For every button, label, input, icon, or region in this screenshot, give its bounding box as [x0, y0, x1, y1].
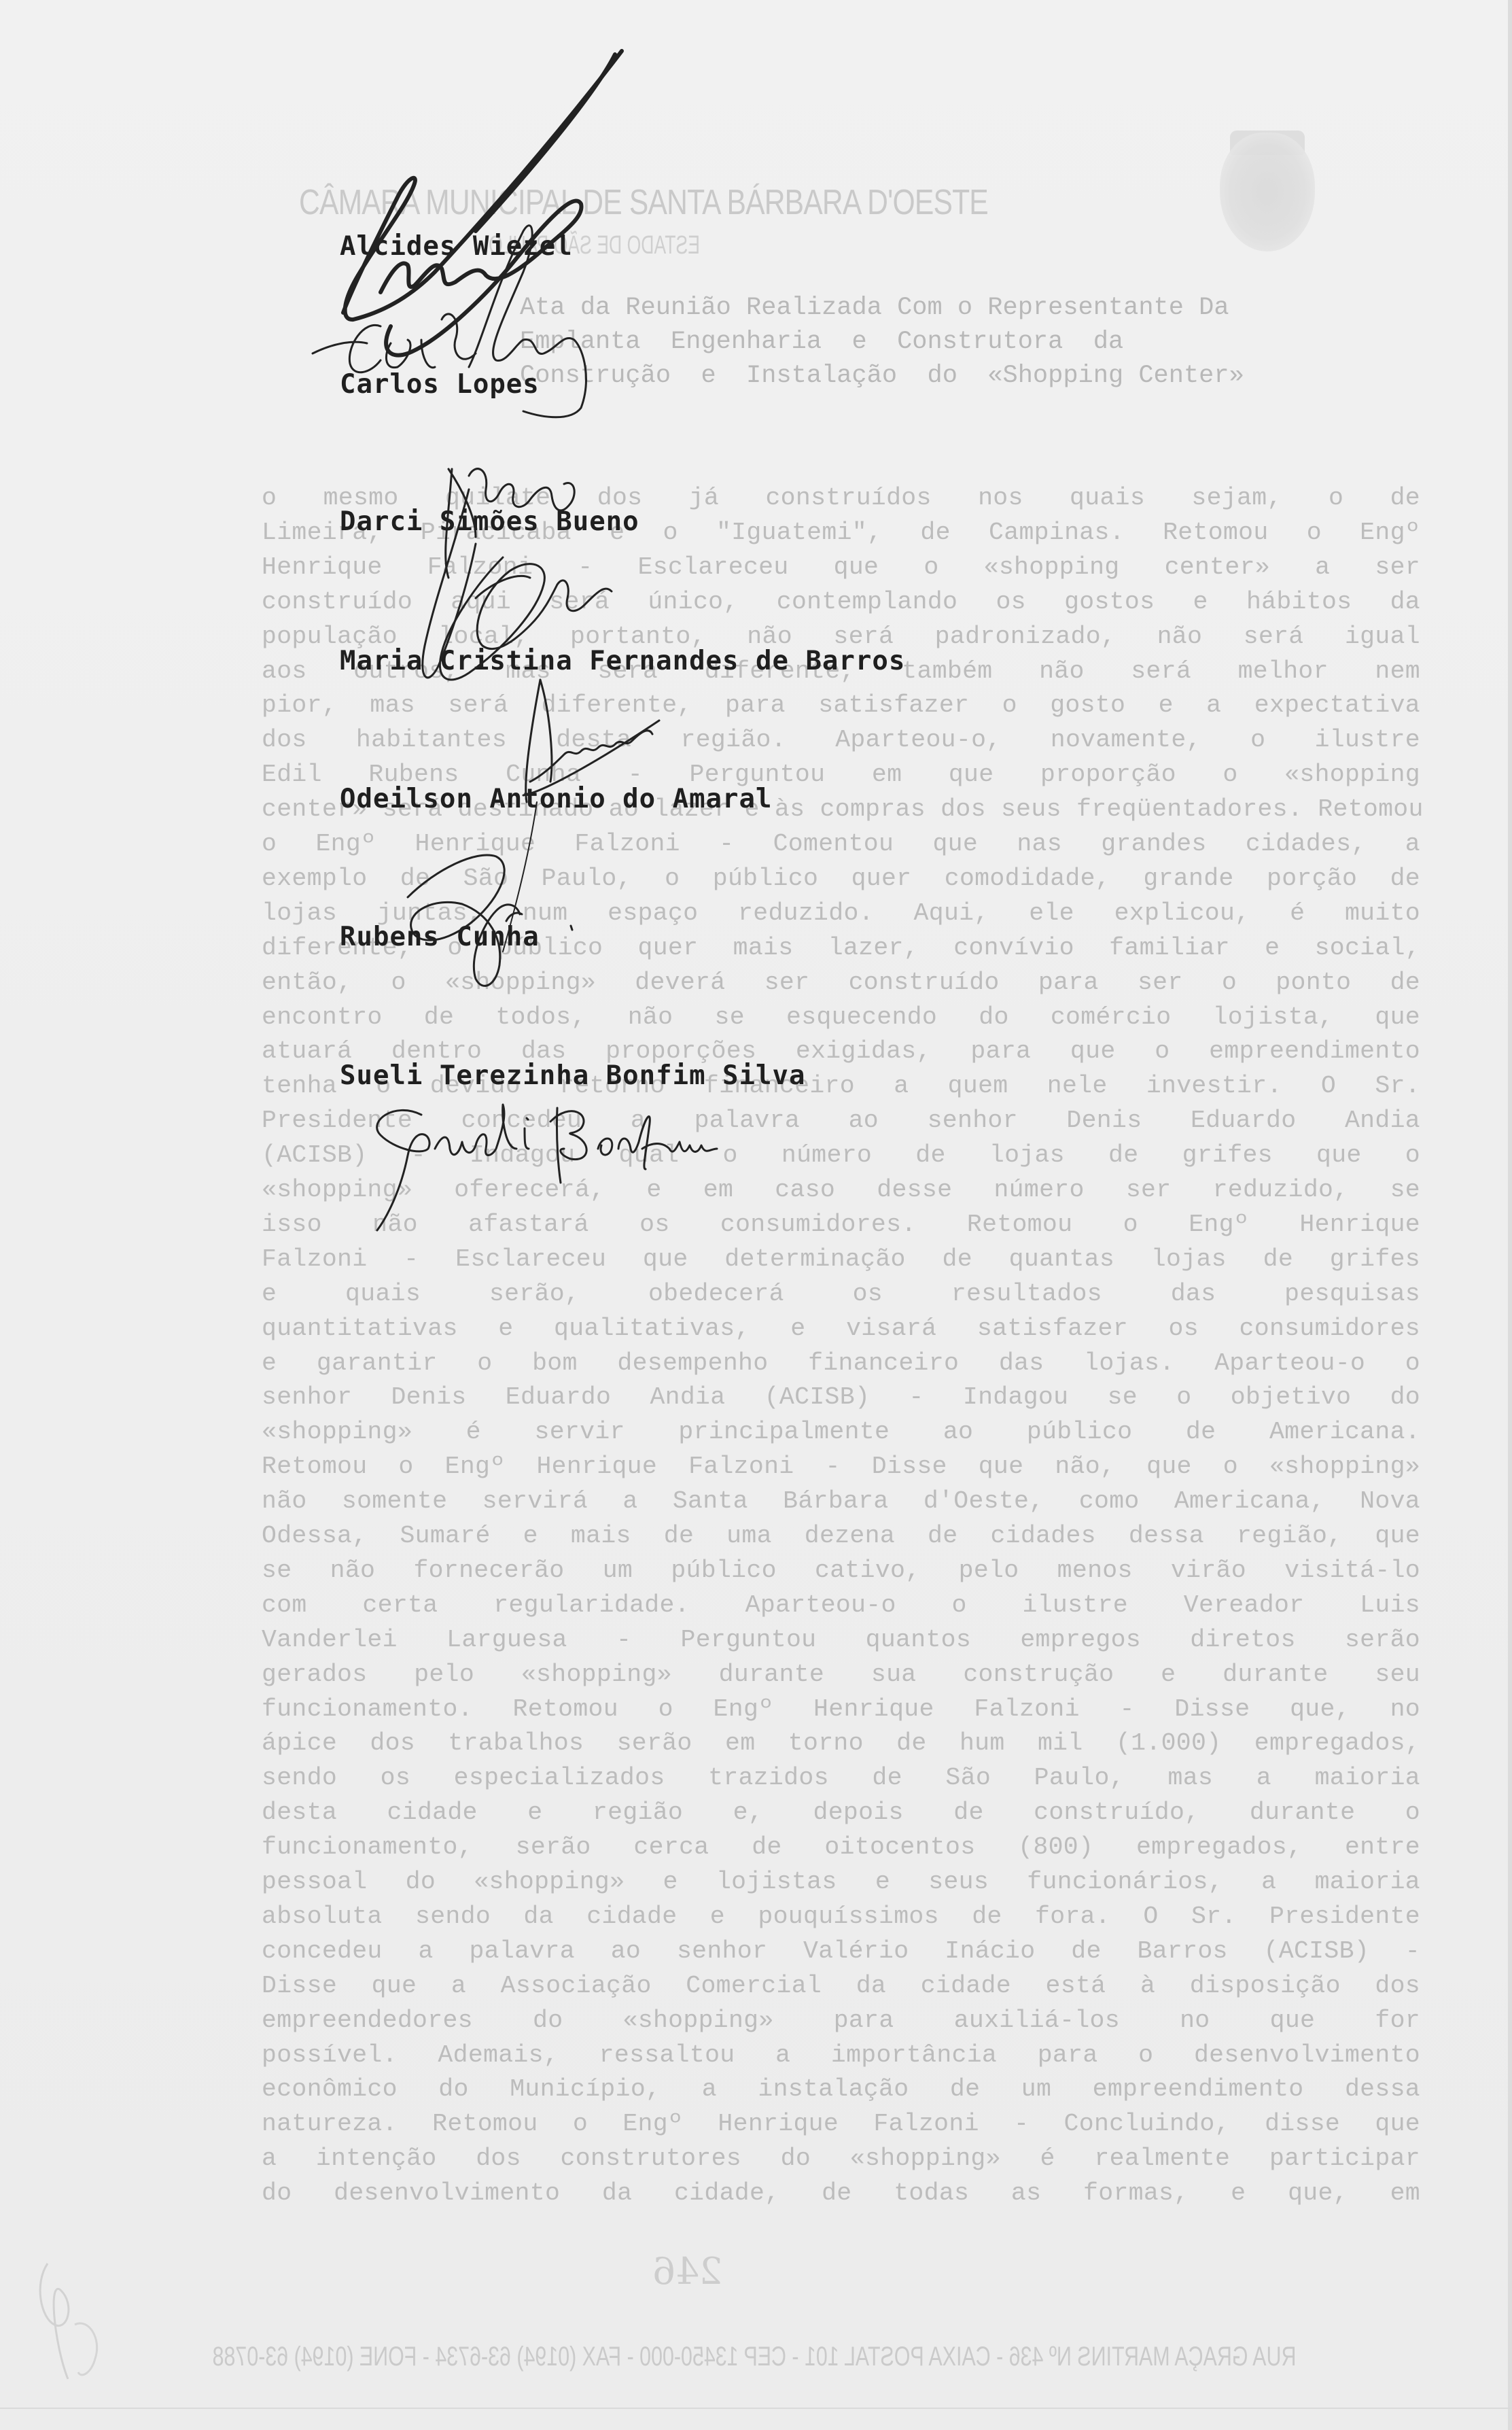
- document-heading-line: Construção e Instalação do «Shopping Cen…: [520, 362, 1244, 390]
- body-text-line: exemplo de São Paulo, o público quer com…: [262, 865, 1420, 892]
- body-text-line: Presidente concedeu a palavra ao senhor …: [262, 1107, 1420, 1134]
- signer-name: Alcides Wiezel: [340, 231, 573, 262]
- body-text-line: construído aqui será único, contemplando…: [262, 588, 1420, 616]
- letterhead-institution: CÂMARA MUNICIPAL DE SANTA BÁRBARA D'OEST…: [299, 182, 988, 223]
- body-text-line: possível. Ademais, ressaltou a importânc…: [262, 2041, 1420, 2069]
- coat-of-arms-icon: [1220, 133, 1315, 251]
- page-number: 246: [652, 2250, 722, 2293]
- signer-name: Rubens Cunha: [340, 922, 540, 952]
- body-text-line: natureza. Retomou o Engº Henrique Falzon…: [262, 2110, 1420, 2138]
- body-text-line: (ACISB) - Indagou qual o número de lojas…: [262, 1141, 1420, 1169]
- body-text-line: pessoal do «shopping» e lojistas e seus …: [262, 1868, 1420, 1896]
- body-text-line: encontro de todos, não se esquecendo do …: [262, 1003, 1420, 1031]
- margin-initials-mark: [27, 2243, 122, 2406]
- body-text-line: sendo os especializados trazidos de São …: [262, 1764, 1420, 1792]
- body-text-line: «shopping» oferecerá, e em caso desse nú…: [262, 1176, 1420, 1204]
- body-text-line: ápice dos trabalhos serão em torno de hu…: [262, 1729, 1420, 1757]
- body-text-line: Falzoni - Esclareceu que determinação de…: [262, 1245, 1420, 1273]
- body-text-line: senhor Denis Eduardo Andia (ACISB) - Ind…: [262, 1383, 1420, 1411]
- document-heading-line: Emplanta Engenharia e Construtora da: [520, 328, 1123, 356]
- signer-name: Maria Cristina Fernandes de Barros: [340, 646, 905, 676]
- body-text-line: não somente servirá a Santa Bárbara d'Oe…: [262, 1487, 1420, 1515]
- body-text-line: absoluta sendo da cidade e pouquíssimos …: [262, 1903, 1420, 1930]
- body-text-line: concedeu a palavra ao senhor Valério Iná…: [262, 1937, 1420, 1965]
- scanned-page: CÂMARA MUNICIPAL DE SANTA BÁRBARA D'OEST…: [0, 0, 1512, 2430]
- body-text-line: então, o «shopping» deverá ser construíd…: [262, 969, 1420, 996]
- body-text-line: e quais serão, obedecerá os resultados d…: [262, 1280, 1420, 1308]
- body-text-line: o Engº Henrique Falzoni - Comentou que n…: [262, 830, 1420, 858]
- body-text-line: desta cidade e região e, depois de const…: [262, 1799, 1420, 1826]
- body-text-line: econômico do Município, a instalação de …: [262, 2075, 1420, 2103]
- body-text-line: se não fornecerão um público cativo, pel…: [262, 1557, 1420, 1584]
- page-edge: [1508, 0, 1512, 2430]
- body-text-line: Henrique Falzoni - Esclareceu que o «sho…: [262, 553, 1420, 581]
- signer-name: Sueli Terezinha Bonfim Silva: [340, 1060, 805, 1091]
- body-text-line: a intenção dos construtores do «shopping…: [262, 2145, 1420, 2172]
- body-text-line: com certa regularidade. Aparteou-o o ilu…: [262, 1591, 1420, 1619]
- signer-name: Darci Simões Bueno: [340, 506, 639, 537]
- body-text-line: Retomou o Engº Henrique Falzoni - Disse …: [262, 1453, 1420, 1480]
- signer-name: Carlos Lopes: [340, 369, 540, 400]
- body-text-line: e garantir o bom desempenho financeiro d…: [262, 1349, 1420, 1377]
- page-fold-line: [0, 2408, 1512, 2409]
- body-text-line: empreendedores do «shopping» para auxili…: [262, 2007, 1420, 2034]
- body-text-line: do desenvolvimento da cidade, de todas a…: [262, 2179, 1420, 2207]
- body-text-line: funcionamento, serão cerca de oitocentos…: [262, 1833, 1420, 1861]
- body-text-line: Vanderlei Larguesa - Perguntou quantos e…: [262, 1626, 1420, 1654]
- body-text-line: dos habitantes desta região. Aparteou-o,…: [262, 726, 1420, 754]
- letterhead-footer-address: RUA GRAÇA MARTINS Nº 436 - CAIXA POSTAL …: [202, 2342, 1307, 2372]
- body-text-line: Disse que a Associação Comercial da cida…: [262, 1972, 1420, 2000]
- body-text-line: «shopping» é servir principalmente ao pú…: [262, 1418, 1420, 1446]
- body-text-line: Odessa, Sumaré e mais de uma dezena de c…: [262, 1522, 1420, 1550]
- signer-name: Odeilson Antonio do Amaral: [340, 784, 772, 814]
- body-text-line: quantitativas e qualitativas, e visará s…: [262, 1315, 1420, 1342]
- body-text-line: gerados pelo «shopping» durante sua cons…: [262, 1661, 1420, 1688]
- document-heading-line: Ata da Reunião Realizada Com o Represent…: [520, 294, 1229, 322]
- body-text-line: isso não afastará os consumidores. Retom…: [262, 1211, 1420, 1238]
- body-text-line: pior, mas será diferente, para satisfaze…: [262, 691, 1420, 719]
- body-text-line: funcionamento. Retomou o Engº Henrique F…: [262, 1695, 1420, 1723]
